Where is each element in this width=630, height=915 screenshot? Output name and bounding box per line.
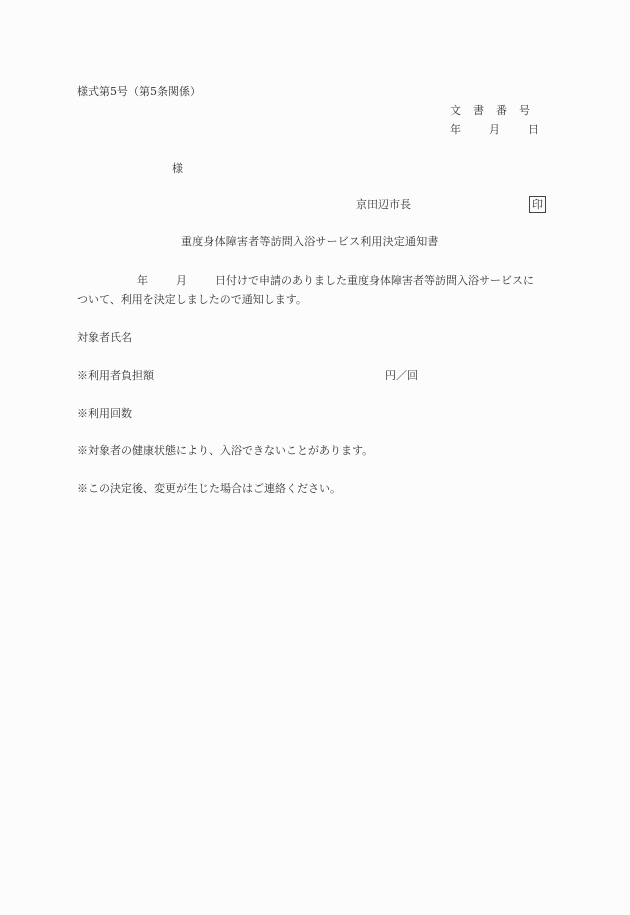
usage-count-label: ※利用回数: [77, 407, 132, 421]
body-year-label: 年: [137, 274, 148, 287]
body-line-2: ついて、利用を決定しましたので通知します。: [77, 293, 307, 307]
document-page: 様式第5号（第5条関係） 文書番号 年月日 様 京田辺市長 印 重度身体障害者等…: [0, 0, 630, 915]
user-fee-unit: 円／回: [385, 369, 418, 383]
note-health: ※対象者の健康状態により、入浴できないことがあります。: [77, 444, 373, 458]
addressee-suffix: 様: [172, 162, 183, 176]
body-month-label: 月: [176, 274, 187, 287]
note-contact: ※この決定後、変更が生じた場合はご連絡ください。: [77, 482, 341, 496]
form-number: 様式第5号（第5条関係）: [77, 85, 201, 99]
doc-number-char: 文: [450, 104, 461, 118]
body-line-1: 年月日付けで申請のありました重度身体障害者等訪問入浴サービスに: [77, 274, 534, 288]
document-number-label: 文書番号: [450, 104, 530, 118]
issue-date: 年月日: [450, 123, 539, 137]
issuer-name: 京田辺市長: [356, 198, 411, 212]
doc-number-char: 番: [496, 104, 507, 118]
doc-number-char: 書: [473, 104, 484, 118]
user-fee-label: ※利用者負担額: [77, 369, 154, 383]
year-label: 年: [450, 123, 461, 137]
doc-number-char: 号: [519, 104, 530, 118]
document-title: 重度身体障害者等訪問入浴サービス利用決定通知書: [181, 235, 439, 249]
day-label: 日: [528, 123, 539, 137]
month-label: 月: [489, 123, 500, 137]
body-line-1-text: 日付けで申請のありました重度身体障害者等訪問入浴サービスに: [215, 274, 534, 287]
subject-name-label: 対象者氏名: [77, 331, 132, 345]
seal-icon: 印: [529, 196, 546, 213]
